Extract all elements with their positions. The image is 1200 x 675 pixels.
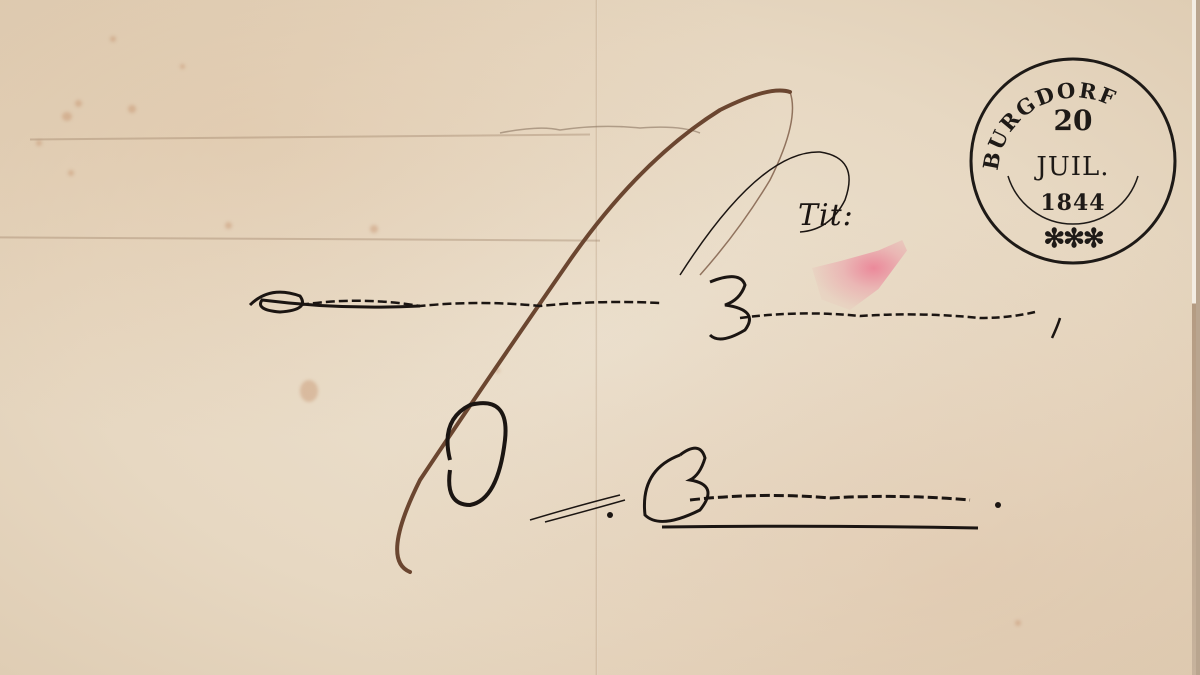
letter-cover: Tit: Amtschreiberei Trachselwald, z. Tra… xyxy=(0,0,1196,675)
postmark-year: 1844 xyxy=(968,190,1178,216)
postmark-asterisk-ornaments-icon: ✻✻✻ xyxy=(968,224,1178,254)
burgdorf-postmark: BURGDORF 20 JUIL. 1844 ✻✻✻ xyxy=(968,56,1178,266)
postmark-month: JUIL. xyxy=(968,152,1178,182)
paper-edge xyxy=(1192,0,1196,675)
postmark-day: 20 xyxy=(968,104,1178,137)
salutation-visible: Tit: xyxy=(798,198,854,233)
